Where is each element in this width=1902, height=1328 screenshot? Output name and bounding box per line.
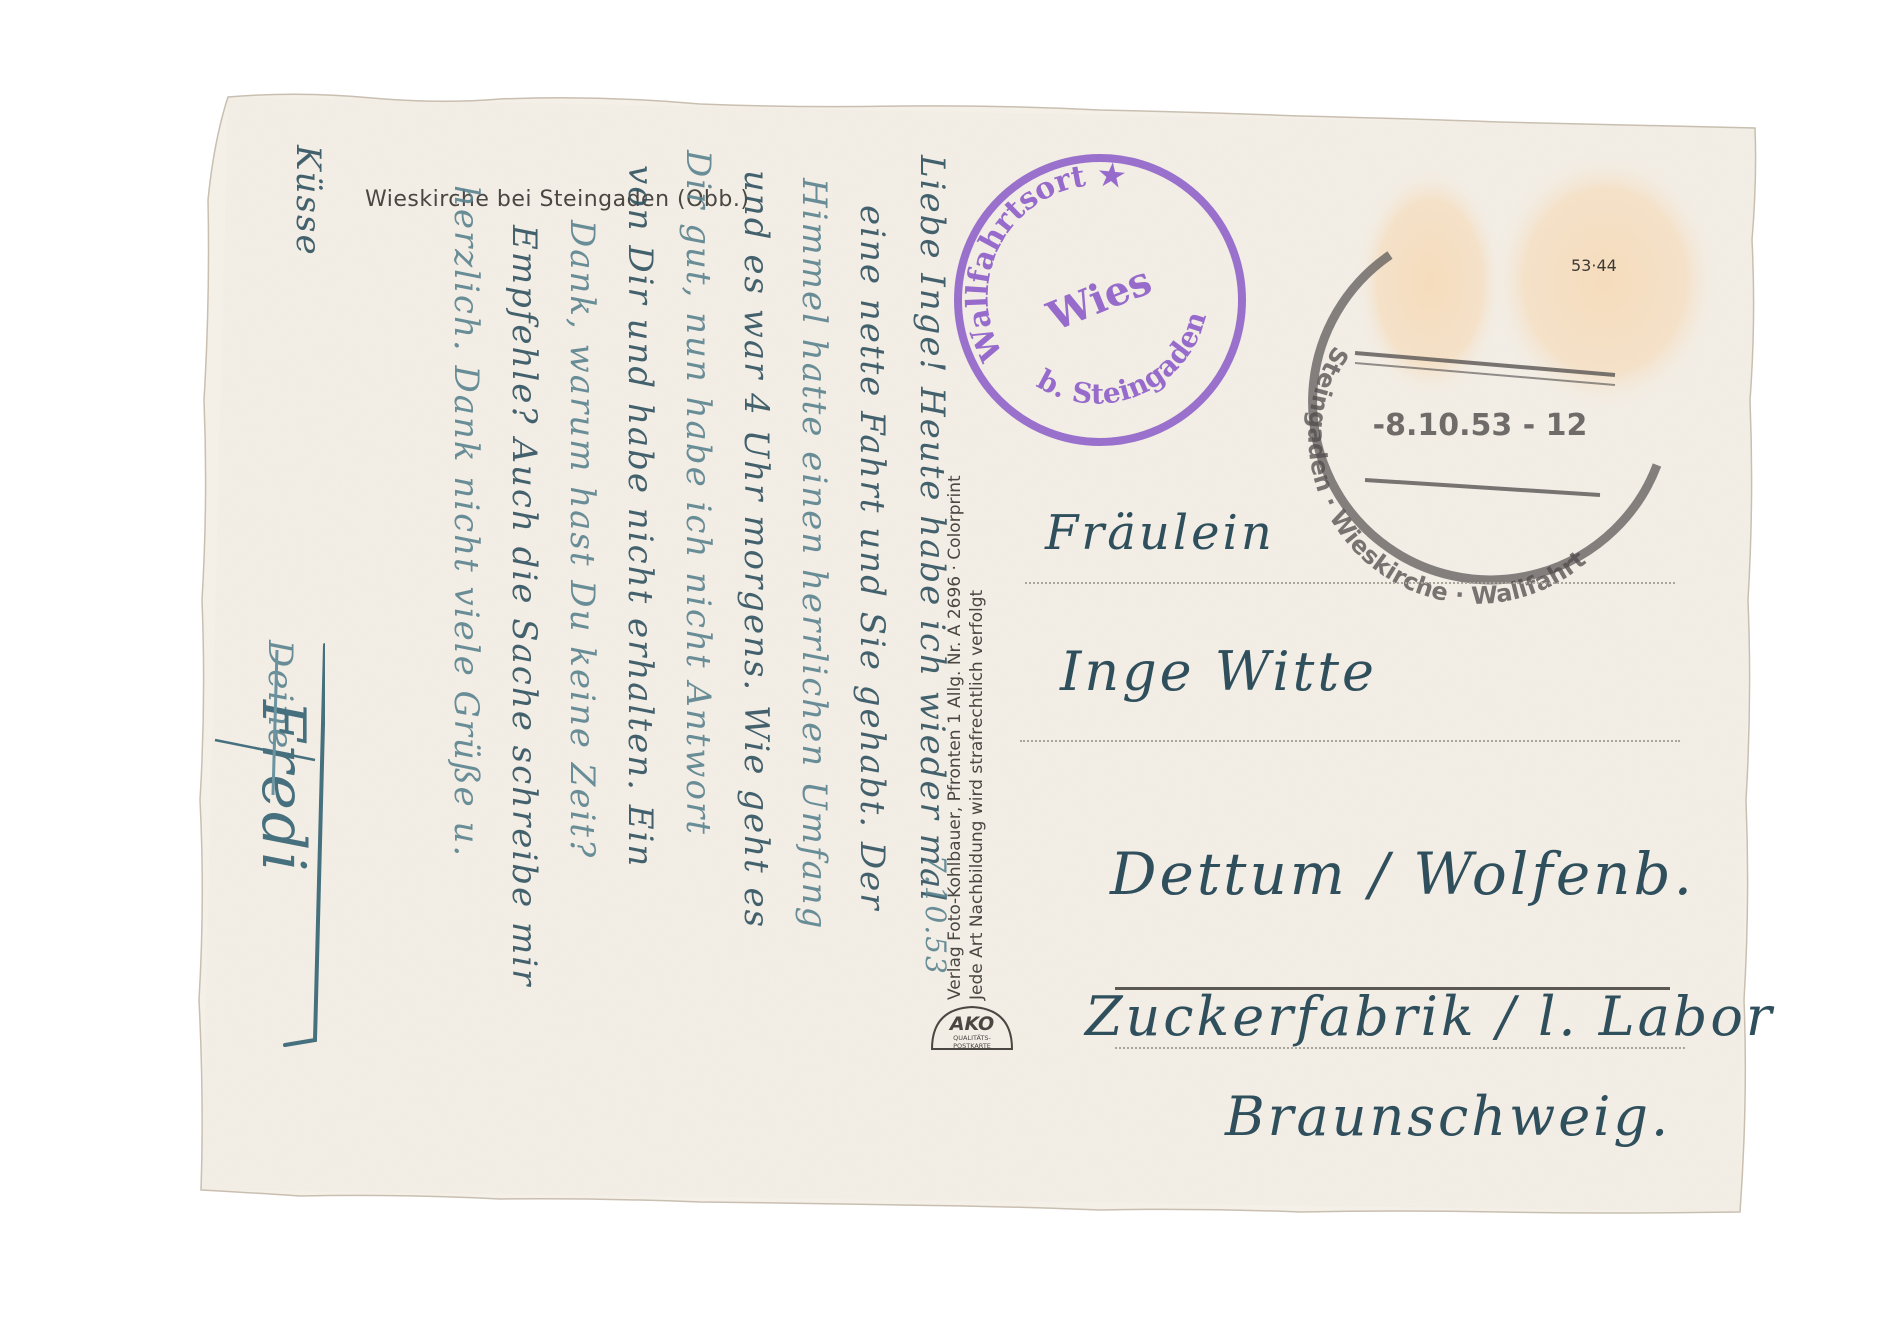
- message-column: Küsse: [288, 145, 328, 257]
- address-town: Dettum / Wolfenb.: [1110, 840, 1695, 908]
- message-column: Dank, warum hast Du keine Zeit?: [562, 220, 602, 859]
- svg-text:-8.10.53 - 12: -8.10.53 - 12: [1373, 408, 1588, 443]
- svg-text:QUALITÄTS-: QUALITÄTS-: [953, 1033, 991, 1042]
- message-column: herzlich. Dank nicht viele Grüße u.: [446, 185, 486, 858]
- wallfahrtsort-wies-stamp: Wallfahrtsort ★ b. Steingaden Wies: [950, 150, 1250, 450]
- message-column: Empfehle? Auch die Sache schreibe mir: [504, 225, 544, 987]
- ako-logo-icon: AKO QUALITÄTS- POSTKARTE: [928, 1003, 1016, 1053]
- message-column: Himmel hatte einen herrlichen Umfang: [794, 178, 834, 930]
- svg-text:Wies: Wies: [1040, 257, 1158, 341]
- address-rule: [1115, 1047, 1685, 1049]
- message-column: Liebe Inge! Heute habe ich wieder mal: [912, 155, 952, 903]
- message-date: 7.10.53: [919, 855, 952, 976]
- message-column: von Dir und habe nicht erhalten. Ein: [620, 165, 660, 868]
- postmark-cancellation: Steingaden · Wieskirche · Wallfahrt -8.1…: [1285, 225, 1675, 615]
- publisher-line-2: Jede Art Nachbildung wird strafrechtlich…: [966, 475, 988, 1000]
- message-column: und es war 4 Uhr morgens. Wie geht es: [736, 170, 776, 929]
- message-column: eine nette Fahrt und Sie gehabt. Der: [852, 205, 892, 911]
- svg-text:AKO: AKO: [948, 1013, 994, 1035]
- address-recipient-name: Inge Witte: [1060, 640, 1377, 703]
- address-organization: Zuckerfabrik / l. Labor: [1085, 985, 1775, 1048]
- signature-flourish: [205, 620, 325, 1060]
- address-rule: [1020, 740, 1680, 742]
- address-rule: [1025, 582, 1675, 584]
- address-salutation: Fräulein: [1045, 505, 1275, 561]
- address-city: Braunschweig.: [1225, 1085, 1671, 1148]
- message-column: Dir gut, nun habe ich nicht Antwort: [678, 150, 718, 836]
- svg-text:POSTKARTE: POSTKARTE: [953, 1042, 991, 1050]
